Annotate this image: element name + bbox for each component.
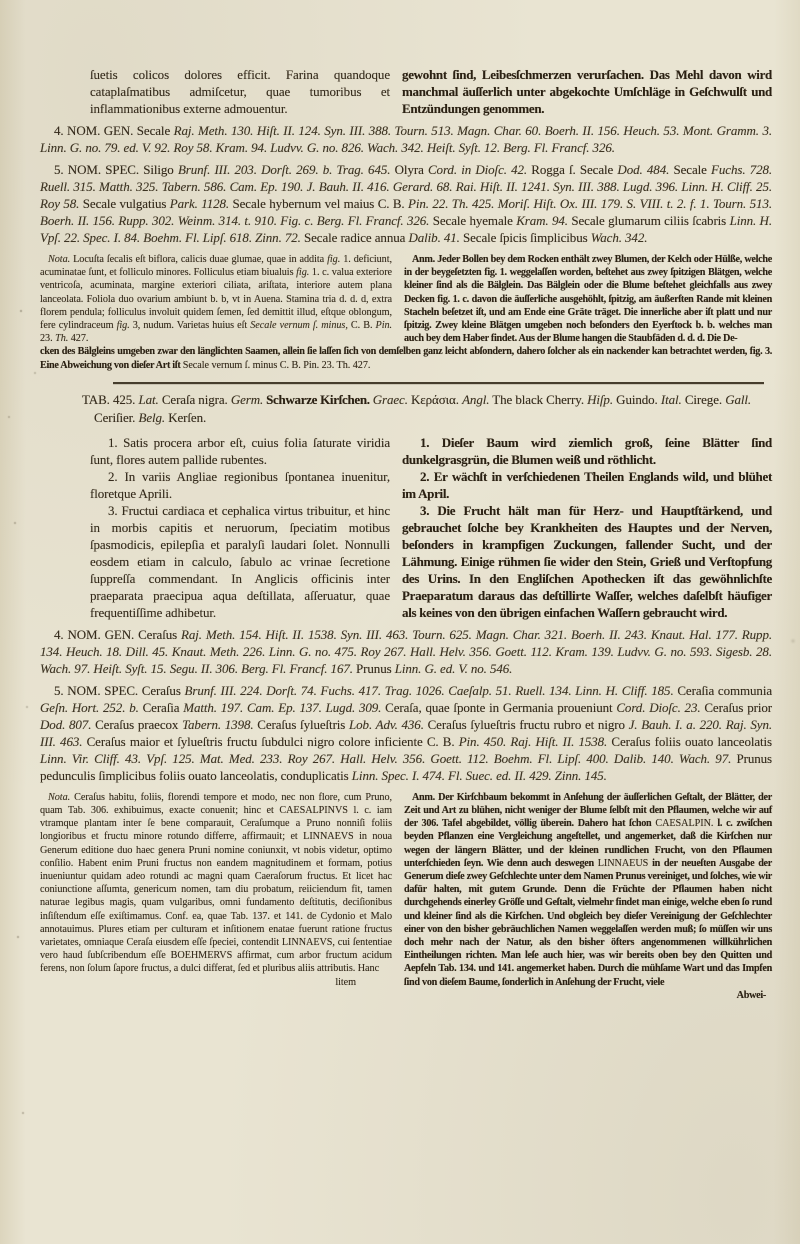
top-fragment-latin: ſuetis colicos dolores efficit. Farina q… [90, 66, 390, 117]
text-run: Guindo. [613, 392, 661, 407]
text-run: Hiſp. [587, 392, 613, 407]
text-run: Ceraſa nigra. [159, 392, 231, 407]
cerasa-german-item-1: 1. Dieſer Baum wird ziemlich groß, ſeine… [402, 434, 772, 468]
text-run: Secale ſpicis ſimplicibus [463, 230, 591, 245]
text-run: in der neueſten Ausgabe der Generum dieſ… [404, 858, 772, 988]
text-run: Secale vulgatius [83, 196, 170, 211]
section-divider-rule [113, 382, 764, 384]
text-run: 5. NOM. SPEC. Ceraſus [54, 683, 185, 698]
cerasa-nota-text: Nota. Ceraſus habitu, foliis, florendi t… [40, 791, 392, 976]
secale-nom-spec-paragraph: 5. NOM. SPEC. Siligo Brunf. III. 203. Do… [40, 161, 772, 246]
text-run: Schwarze Kirſchen. [263, 392, 373, 407]
text-run: 23. [40, 333, 55, 344]
text-run: C. B. [348, 320, 376, 331]
text-run: Ceraſus habitu, foliis, florendi tempore… [40, 792, 392, 975]
book-page: ſuetis colicos dolores efficit. Farina q… [0, 0, 800, 1002]
text-run: Cirege. [682, 392, 726, 407]
cerasa-latin-item-2: 2. In variis Angliae regionibus ſpontane… [90, 468, 390, 502]
text-run: Park. 1128. [170, 196, 233, 211]
cerasa-latin-column: 1. Satis procera arbor eſt, cuius folia … [90, 434, 390, 621]
top-fragment-german: gewohnt ſind, Leibesſchmerzen verurſache… [402, 66, 772, 117]
text-run: Nota. [48, 792, 70, 803]
cerasa-description-section: 1. Satis procera arbor eſt, cuius folia … [40, 434, 772, 621]
text-run: Nota. [48, 254, 70, 265]
text-run: 4. NOM. GEN. Secale [54, 123, 174, 138]
text-run: Pin. 450. Raj. Hiſt. II. 1538. [459, 734, 612, 749]
text-run: Secale glumarum ciliis ſcabris [571, 213, 729, 228]
text-run: Gall. [725, 392, 751, 407]
text-run: cken des Bälgleins umgeben zwar den läng… [40, 346, 772, 370]
text-run: Secale hybernum vel maius C. B. [233, 196, 409, 211]
text-run: Ceraſus praecox [95, 717, 182, 732]
text-run: 5. NOM. SPEC. Siligo [54, 162, 178, 177]
text-run: Kerſen. [165, 410, 206, 425]
text-run: Graec. [373, 392, 408, 407]
text-run: Lob. Adv. 436. [349, 717, 428, 732]
text-run: Belg. [139, 410, 166, 425]
cerasa-nom-spec-paragraph: 5. NOM. SPEC. Ceraſus Brunf. III. 224. D… [40, 682, 772, 784]
text-run: Matth. 197. Cam. Ep. 137. Lugd. 309. [183, 700, 385, 715]
text-run: Tabern. 1398. [182, 717, 257, 732]
text-run: Brunf. III. 224. Dorſt. 74. Fuchs. 417. … [185, 683, 678, 698]
text-run: Lat. [138, 392, 158, 407]
text-run: Ital. [661, 392, 682, 407]
cerasa-german-column: 1. Dieſer Baum wird ziemlich groß, ſeine… [402, 434, 772, 621]
cerasa-latin-item-3: 3. Fructui cardiaca et cephalica virtus … [90, 502, 390, 621]
text-run: fig. [327, 254, 340, 265]
text-run: Ceraſus foliis ouato lanceolatis [611, 734, 772, 749]
secale-anm-continuation: cken des Bälgleins umgeben zwar den läng… [40, 345, 772, 371]
cerasa-anm-catchword: Abwei- [404, 989, 772, 1002]
text-run: Secale vernum ſ. minus, [250, 320, 348, 331]
cerasa-tab-header: TAB. 425. Lat. Ceraſa nigra. Germ. Schwa… [82, 391, 772, 427]
text-run: TAB. 425. [82, 392, 138, 407]
text-run: 3, nudum. Varietas huius eſt [130, 320, 251, 331]
text-run: Secale hyemale [433, 213, 516, 228]
text-run: Brunf. III. 203. Dorſt. 269. b. Trag. 64… [178, 162, 395, 177]
text-run: Κεράσια. [408, 392, 462, 407]
text-run: Locuſta ſecalis eſt biflora, calicis dua… [70, 254, 327, 265]
cerasa-nota-catchword: litem [40, 976, 392, 989]
text-run: Cord. Dioſc. 23. [616, 700, 704, 715]
secale-nom-gen-paragraph: 4. NOM. GEN. Secale Raj. Meth. 130. Hiſt… [40, 122, 772, 156]
cerasa-anm-text: Anm. Der Kirſchbaum bekommt in Anſehung … [404, 791, 772, 989]
secale-notes-section: Nota. Locuſta ſecalis eſt biflora, calic… [40, 253, 772, 345]
text-run: Pin. [376, 320, 393, 331]
text-run: Cord. in Dioſc. 42. [428, 162, 531, 177]
text-run: Dalib. 41. [408, 230, 463, 245]
text-run: Secale vernum ſ. minus C. B. Pin. 23. Th… [183, 360, 371, 371]
text-run: Kram. 94. [516, 213, 571, 228]
text-run: Secale [673, 162, 711, 177]
cerasa-german-item-2: 2. Er wächſt in verſchiedenen Theilen En… [402, 468, 772, 502]
text-run: Linn. G. ed. V. no. 546. [395, 661, 513, 676]
text-run: Prunus [356, 661, 395, 676]
text-run: Linn. Vir. Cliff. 43. Vpſ. 125. Mat. Med… [40, 751, 736, 766]
text-run: fig. [296, 267, 309, 278]
secale-nota-latin: Nota. Locuſta ſecalis eſt biflora, calic… [40, 253, 392, 345]
text-run: Wach. 342. [591, 230, 648, 245]
text-run: Linn. Spec. I. 474. Fl. Suec. ed. II. 42… [352, 768, 607, 783]
text-run: Secale radice annua [304, 230, 408, 245]
text-run: 4. NOM. GEN. Ceraſus [54, 627, 181, 642]
text-run: Th. [55, 333, 68, 344]
cerasa-notes-section: Nota. Ceraſus habitu, foliis, florendi t… [40, 791, 772, 1002]
text-run: Geſn. Hort. 252. b. [40, 700, 143, 715]
text-run: CAESALPIN. [655, 818, 713, 829]
text-run: Ceraſus prior [704, 700, 772, 715]
text-run: Ceraſus ſylueſtris [257, 717, 349, 732]
text-run: Dod. 807. [40, 717, 95, 732]
scan-speckle-artifacts [0, 0, 2, 2]
text-run: Rogga ſ. Secale [531, 162, 617, 177]
secale-anm-german: Anm. Jeder Bollen bey dem Rocken enthält… [404, 253, 772, 345]
text-run: Ceraſus ſylueſtris fructu rubro et nigro [428, 717, 629, 732]
cerasa-nota-latin: Nota. Ceraſus habitu, foliis, florendi t… [40, 791, 392, 1002]
text-run: Ceraſa, quae ſponte in Germania proueniu… [385, 700, 616, 715]
text-run: 427. [68, 333, 88, 344]
text-run: fig. [117, 320, 130, 331]
text-run: Olyra [395, 162, 428, 177]
text-run: Ceraſia communia [677, 683, 772, 698]
top-fragment-section: ſuetis colicos dolores efficit. Farina q… [40, 66, 772, 117]
text-run: The black Cherry. [489, 392, 587, 407]
text-run: Anm. Jeder Bollen bey dem Rocken enthält… [404, 254, 772, 344]
text-run: LINNAEUS [598, 858, 649, 869]
text-run: Ceraſia [143, 700, 184, 715]
text-run: Germ. [231, 392, 263, 407]
text-run: Dod. 484. [617, 162, 673, 177]
cerasa-latin-item-1: 1. Satis procera arbor eſt, cuius folia … [90, 434, 390, 468]
cerasa-german-item-3: 3. Die Frucht hält man für Herz- und Hau… [402, 502, 772, 621]
text-run: Angl. [462, 392, 489, 407]
text-run: Ceraſus maior et ſylueſtris fructu ſubdu… [87, 734, 459, 749]
text-run: Ceriſier. [94, 410, 139, 425]
cerasa-anm-german: Anm. Der Kirſchbaum bekommt in Anſehung … [404, 791, 772, 1002]
cerasa-nom-gen-paragraph: 4. NOM. GEN. Ceraſus Raj. Meth. 154. Hiſ… [40, 626, 772, 677]
